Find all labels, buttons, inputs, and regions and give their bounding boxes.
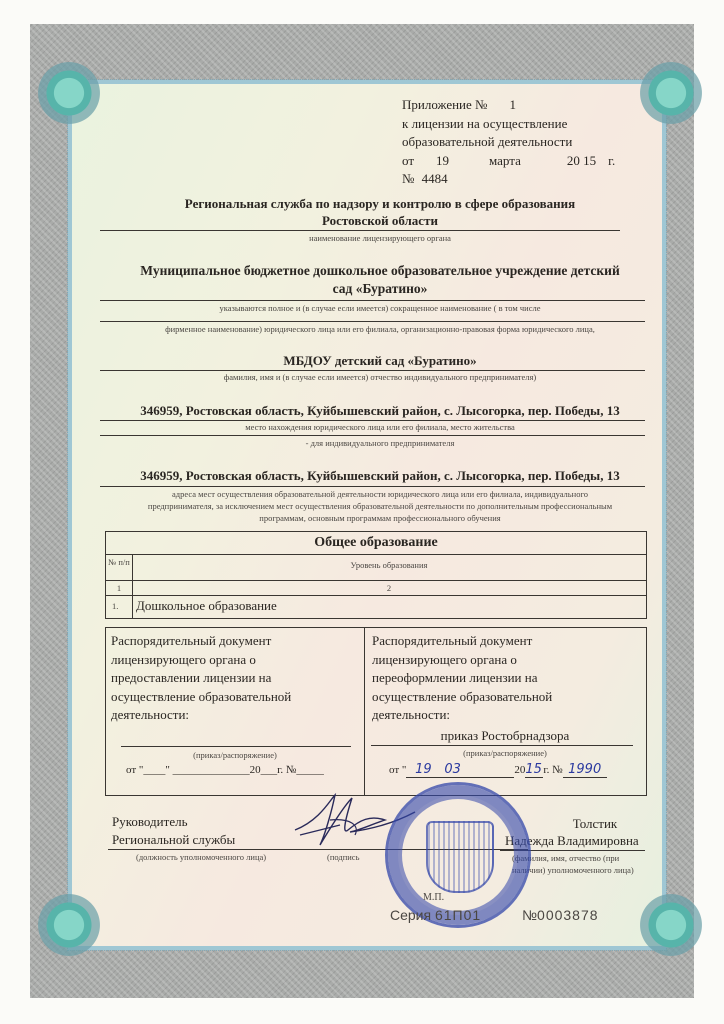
table-title: Общее образование (106, 535, 646, 551)
header-number: № п/п (106, 557, 132, 567)
left-document-text: Распорядительный документ лицензирующего… (111, 632, 291, 725)
handwritten-month: 03 (440, 762, 514, 778)
row-divider (106, 580, 646, 581)
corner-ornament-icon (636, 890, 706, 960)
authority-caption: наименование лицензирующего органа (110, 233, 650, 243)
left-doc-line: деятельности: (111, 706, 291, 725)
right-date-line: от "19032015г. №1990 (389, 762, 607, 778)
handwritten-day: 19 (406, 762, 440, 778)
year-prefix: 20 (514, 764, 525, 776)
corner-ornament-icon (34, 58, 104, 128)
signatory-surname: Толстик (520, 816, 670, 832)
number-label: г. № (543, 764, 562, 776)
right-type-value: приказ Ростобрнадзора (364, 728, 646, 744)
license-number: 4484 (422, 171, 448, 186)
authority-name-line2: Ростовской области (110, 213, 650, 229)
right-doc-line: лицензирующего органа о (372, 651, 552, 670)
left-date-line: от "____" ______________20___г. №_____ (126, 764, 324, 776)
left-type-caption: (приказ/распоряжение) (106, 750, 364, 760)
divider (100, 321, 645, 322)
right-doc-line: Распорядительный документ (372, 632, 552, 651)
appendix-number: 1 (509, 97, 516, 112)
row-number: 1. (112, 601, 118, 611)
right-doc-line: осуществление образовательной (372, 688, 552, 707)
position-line2: Региональной службы (112, 831, 235, 849)
divider (371, 745, 633, 746)
divider (100, 230, 620, 231)
handwritten-year: 15 (525, 762, 543, 778)
org-caption5: - для индивидуального предпринимателя (100, 438, 660, 448)
org-caption6: адреса мест осуществления образовательно… (100, 488, 660, 524)
org-full-name-line2: сад «Буратино» (100, 281, 660, 297)
divider (100, 435, 645, 436)
appendix-line3: образовательной деятельности (402, 133, 615, 152)
serial-series: Серия 61П01 (390, 907, 481, 923)
appendix-header: Приложение №1 к лицензии на осуществлени… (402, 96, 615, 189)
signature-caption: (подпись (327, 852, 359, 862)
org-caption2: фирменное наименование) юридического лиц… (100, 324, 660, 334)
date-year: 20 15 (567, 153, 596, 168)
divider (100, 486, 645, 487)
series-label: Серия (390, 907, 431, 923)
divider (121, 746, 351, 747)
mp-label: М.П. (423, 892, 444, 903)
right-document-text: Распорядительный документ лицензирующего… (372, 632, 552, 725)
divider (100, 370, 645, 371)
org-caption4: место нахождения юридического лица или е… (100, 422, 660, 432)
org-caption6-line2: предпринимателя, за исключением мест осу… (100, 500, 660, 512)
date-day: 19 (436, 153, 449, 168)
series-value: 61П01 (435, 907, 481, 923)
row-divider (106, 554, 646, 555)
appendix-line2: к лицензии на осуществление (402, 115, 615, 134)
left-doc-line: лицензирующего органа о (111, 651, 291, 670)
documents-table: Распорядительный документ лицензирующего… (105, 627, 647, 796)
number-label: № (522, 907, 537, 923)
org-caption6-line1: адреса мест осуществления образовательно… (100, 488, 660, 500)
coat-of-arms-icon (426, 821, 494, 893)
signatory-position: Руководитель Региональной службы (112, 813, 235, 849)
corner-ornament-icon (636, 58, 706, 128)
org-caption1: указываются полное и (в случае если имее… (100, 303, 660, 313)
header-level: Уровень образования (132, 560, 646, 570)
position-caption: (должность уполномоченного лица) (136, 852, 266, 862)
handwritten-number: 1990 (563, 762, 607, 778)
left-doc-line: Распорядительный документ (111, 632, 291, 651)
corner-ornament-icon (34, 890, 104, 960)
serial-number: №0003878 (522, 907, 599, 923)
right-type-caption: (приказ/распоряжение) (364, 748, 646, 758)
date-month: марта (489, 153, 521, 168)
col-divider (364, 628, 365, 795)
org-address: 346959, Ростовская область, Куйбышевский… (100, 403, 660, 419)
org-caption6-line3: программам, основным программам професси… (100, 512, 660, 524)
license-label: № (402, 171, 414, 186)
org-caption3: фамилия, имя и (в случае если имеется) о… (100, 372, 660, 382)
position-line1: Руководитель (112, 813, 235, 831)
education-table: Общее образование № п/п Уровень образова… (105, 531, 647, 619)
left-doc-line: осуществление образовательной (111, 688, 291, 707)
number-value: 0003878 (537, 907, 599, 923)
date-prefix: от (402, 153, 414, 168)
authority-name-line1: Региональная служба по надзору и контрол… (110, 196, 650, 212)
left-doc-line: предоставлении лицензии на (111, 669, 291, 688)
appendix-label: Приложение № (402, 97, 487, 112)
org-full-name-line1: Муниципальное бюджетное дошкольное образ… (100, 263, 660, 279)
date-prefix: от " (389, 764, 406, 776)
name-caption-line2: наличии) уполномоченного лица) (512, 864, 634, 876)
right-doc-line: переоформлении лицензии на (372, 669, 552, 688)
date-suffix: г. (608, 153, 615, 168)
row-divider (106, 595, 646, 596)
column-number-2: 2 (132, 583, 646, 593)
activity-address: 346959, Ростовская область, Куйбышевский… (100, 468, 660, 484)
row-level: Дошкольное образование (136, 598, 277, 614)
org-short-name: МБДОУ детский сад «Буратино» (100, 353, 660, 369)
right-doc-line: деятельности: (372, 706, 552, 725)
column-number-1: 1 (106, 583, 132, 593)
divider (100, 420, 645, 421)
divider (100, 300, 645, 301)
